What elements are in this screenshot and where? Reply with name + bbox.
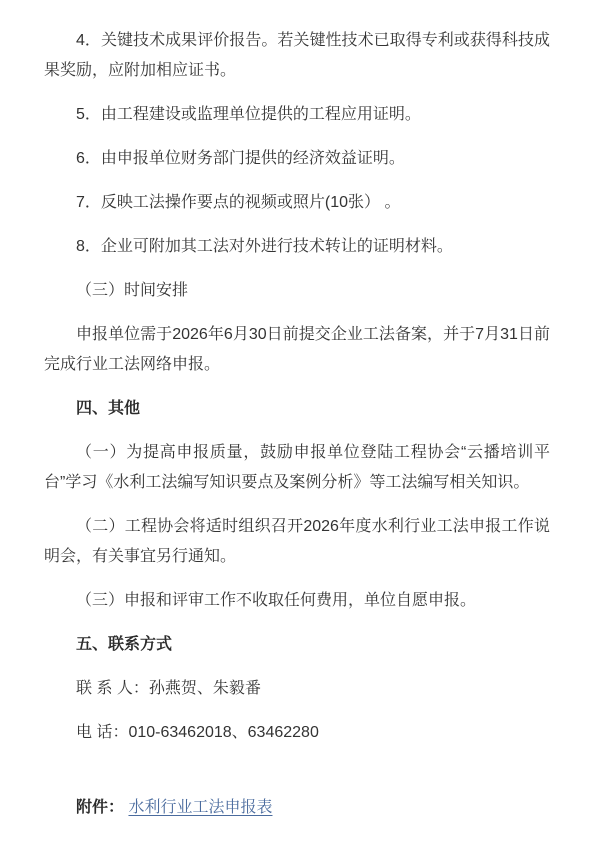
document-body: 4．关键技术成果评价报告。若关键性技术已取得专利或获得科技成果奖励，应附加相应证… — [44, 26, 550, 748]
paragraph: 7．反映工法操作要点的视频或照片(10张） 。 — [44, 188, 550, 218]
paragraph: 6．由申报单位财务部门提供的经济效益证明。 — [44, 144, 550, 174]
paragraph: 5．由工程建设或监理单位提供的工程应用证明。 — [44, 100, 550, 130]
paragraph: 4．关键技术成果评价报告。若关键性技术已取得专利或获得科技成果奖励，应附加相应证… — [44, 26, 550, 86]
paragraph: 申报单位需于2026年6月30日前提交企业工法备案，并于7月31日前完成行业工法… — [44, 320, 550, 380]
paragraph: 联 系 人：孙燕贺、朱毅番 — [44, 674, 550, 704]
paragraph: （三）申报和评审工作不收取任何费用，单位自愿申报。 — [44, 586, 550, 616]
attachment-link[interactable]: 水利行业工法申报表 — [128, 799, 272, 816]
paragraph: （一）为提高申报质量，鼓励申报单位登陆工程协会“云播培训平台”学习《水利工法编写… — [44, 438, 550, 498]
paragraph: （二）工程协会将适时组织召开2026年度水利行业工法申报工作说明会，有关事宜另行… — [44, 512, 550, 572]
section-heading: 五、联系方式 — [44, 630, 550, 660]
attachment-label: 附件： — [76, 799, 124, 816]
attachment-line: 附件： 水利行业工法申报表 — [44, 793, 550, 823]
document-page: 4．关键技术成果评价报告。若关键性技术已取得专利或获得科技成果奖励，应附加相应证… — [0, 0, 600, 849]
paragraph: 电 话：010-63462018、63462280 — [44, 718, 550, 748]
section-heading: 四、其他 — [44, 394, 550, 424]
paragraph: （三）时间安排 — [44, 276, 550, 306]
paragraph: 8．企业可附加其工法对外进行技术转让的证明材料。 — [44, 232, 550, 262]
